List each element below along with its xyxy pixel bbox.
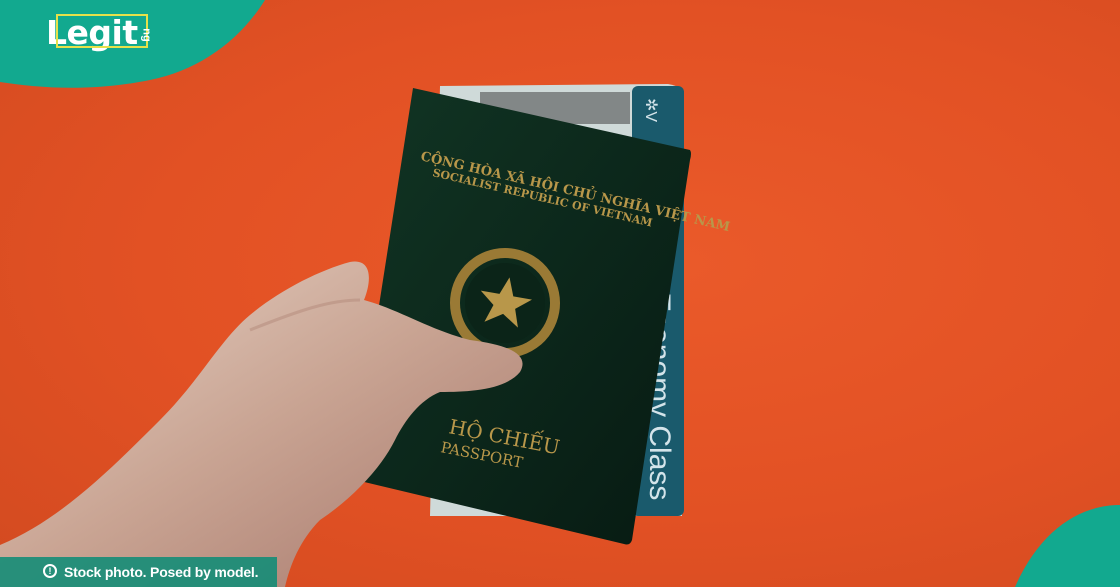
logo-suffix: ng — [140, 28, 152, 41]
svg-text:✲V: ✲V — [642, 98, 659, 122]
photo-caption: ! Stock photo. Posed by model. — [0, 557, 277, 587]
photo-illustration: Economy Class ✲V CỘNG HÒA XÃ HỘI CHỦ NGH… — [0, 0, 1120, 587]
corner-blob — [1015, 505, 1120, 587]
logo-box — [56, 14, 148, 48]
legit-logo[interactable]: Legit ng — [46, 12, 153, 52]
photo-scene: Economy Class ✲V CỘNG HÒA XÃ HỘI CHỦ NGH… — [0, 0, 1120, 587]
info-icon: ! — [43, 564, 57, 578]
caption-text: Stock photo. Posed by model. — [64, 564, 258, 580]
